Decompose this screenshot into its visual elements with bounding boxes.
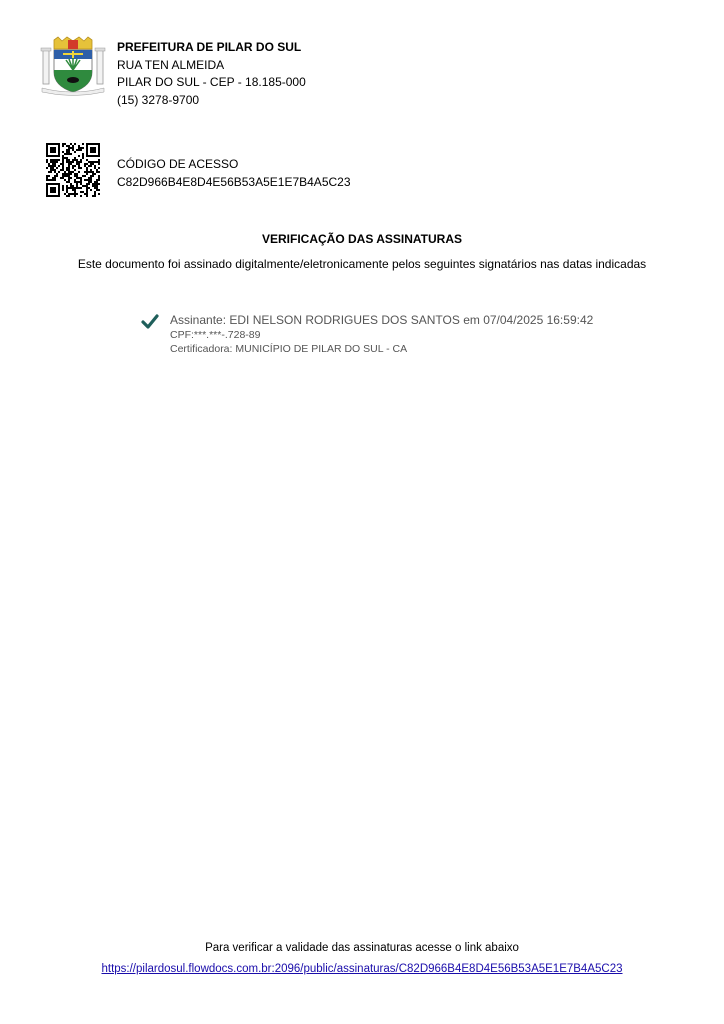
access-code-label: CÓDIGO DE ACESSO	[117, 155, 351, 173]
signer-line: Assinante: EDI NELSON RODRIGUES DOS SANT…	[170, 313, 593, 328]
address-line: RUA TEN ALMEIDA	[117, 57, 306, 75]
footer-instruction: Para verificar a validade das assinatura…	[0, 942, 724, 954]
footer-link-container: https://pilardosul.flowdocs.com.br:2096/…	[0, 963, 724, 975]
header-block: PREFEITURA DE PILAR DO SUL RUA TEN ALMEI…	[117, 39, 306, 109]
signer-certifier: Certificadora: MUNICÍPIO DE PILAR DO SUL…	[170, 342, 593, 356]
access-code-value: C82D966B4E8D4E56B53A5E1E7B4A5C23	[117, 173, 351, 191]
verification-title: VERIFICAÇÃO DAS ASSINATURAS	[0, 232, 724, 246]
check-icon	[141, 314, 159, 329]
organization-name: PREFEITURA DE PILAR DO SUL	[117, 39, 306, 57]
phone-number: (15) 3278-9700	[117, 92, 306, 110]
signer-cpf: CPF:***.***-.728-89	[170, 328, 593, 342]
signer-entry: Assinante: EDI NELSON RODRIGUES DOS SANT…	[170, 313, 593, 356]
coat-of-arms-logo	[40, 36, 106, 96]
verification-description: Este documento foi assinado digitalmente…	[0, 257, 724, 271]
access-code-block: CÓDIGO DE ACESSO C82D966B4E8D4E56B53A5E1…	[117, 155, 351, 191]
qr-code-icon	[46, 143, 100, 197]
verification-link[interactable]: https://pilardosul.flowdocs.com.br:2096/…	[101, 963, 622, 975]
city-cep: PILAR DO SUL - CEP - 18.185-000	[117, 74, 306, 92]
